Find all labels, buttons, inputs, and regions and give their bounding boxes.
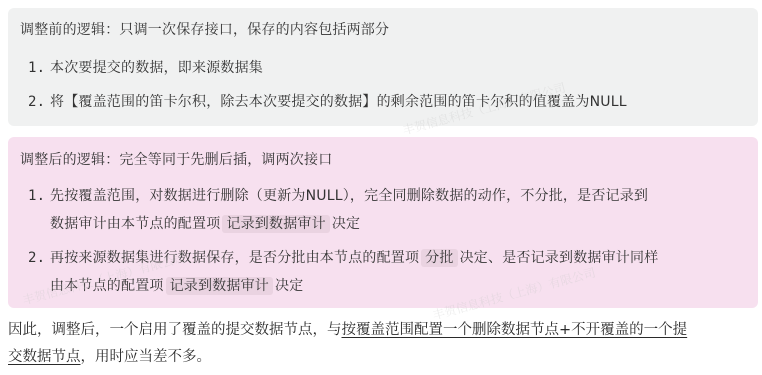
- before-title: 调整前的逻辑：只调一次保存接口，保存的内容包括两部分: [20, 20, 389, 40]
- after-title: 调整后的逻辑：完全等同于先删后插，调两次接口: [20, 150, 332, 170]
- after-item-1-line-1: 1.先按覆盖范围，对数据进行删除（更新为NULL），完全同删除数据的动作，不分批…: [28, 186, 648, 206]
- list-number: 2.: [28, 248, 50, 268]
- list-number: 1.: [28, 58, 50, 78]
- underlined-text: 按覆盖范围配置一个删除数据节点+不开覆盖的一个提: [342, 322, 688, 338]
- before-item-2: 2.将【覆盖范围的笛卡尔积，除去本次要提交的数据】的剩余范围的笛卡尔积的值覆盖为…: [28, 92, 627, 112]
- after-logic-callout: 调整后的逻辑：完全等同于先删后插，调两次接口 1.先按覆盖范围，对数据进行删除（…: [8, 137, 758, 308]
- after-item-2-line-1: 2.再按来源数据集进行数据保存，是否分批由本节点的配置项分批决定、是否记录到数据…: [28, 248, 658, 268]
- conclusion-line-2: 交数据节点，用时应当差不多。: [8, 347, 211, 367]
- list-text: 再按来源数据集进行数据保存，是否分批由本节点的配置项: [50, 250, 419, 266]
- conclusion-text: 因此，调整后，一个启用了覆盖的提交数据节点，与: [8, 322, 342, 338]
- list-text: 由本节点的配置项: [50, 278, 164, 294]
- config-option-audit: 记录到数据审计: [166, 277, 273, 295]
- list-number: 1.: [28, 186, 50, 206]
- list-text: 数据审计由本节点的配置项: [50, 216, 220, 232]
- list-text: 决定: [275, 278, 303, 294]
- config-option-batch: 分批: [421, 249, 457, 267]
- before-logic-callout: 调整前的逻辑：只调一次保存接口，保存的内容包括两部分 1.本次要提交的数据，即来…: [8, 8, 758, 126]
- after-item-2-line-2: 由本节点的配置项记录到数据审计决定: [50, 276, 303, 296]
- after-item-1-line-2: 数据审计由本节点的配置项记录到数据审计决定: [50, 214, 360, 234]
- list-text: 本次要提交的数据，即来源数据集: [50, 60, 263, 76]
- before-item-1: 1.本次要提交的数据，即来源数据集: [28, 58, 263, 78]
- list-text: 决定: [332, 216, 360, 232]
- list-number: 2.: [28, 92, 50, 112]
- underlined-text: 交数据节点: [8, 349, 81, 365]
- list-text: 先按覆盖范围，对数据进行删除（更新为NULL），完全同删除数据的动作，不分批，是…: [50, 188, 648, 204]
- conclusion-line-1: 因此，调整后，一个启用了覆盖的提交数据节点，与按覆盖范围配置一个删除数据节点+不…: [8, 320, 687, 340]
- config-option-audit: 记录到数据审计: [222, 215, 329, 233]
- list-text: 将【覆盖范围的笛卡尔积，除去本次要提交的数据】的剩余范围的笛卡尔积的值覆盖为NU…: [50, 94, 627, 110]
- conclusion-text: ，用时应当差不多。: [81, 349, 212, 365]
- list-text: 决定、是否记录到数据审计同样: [460, 250, 659, 266]
